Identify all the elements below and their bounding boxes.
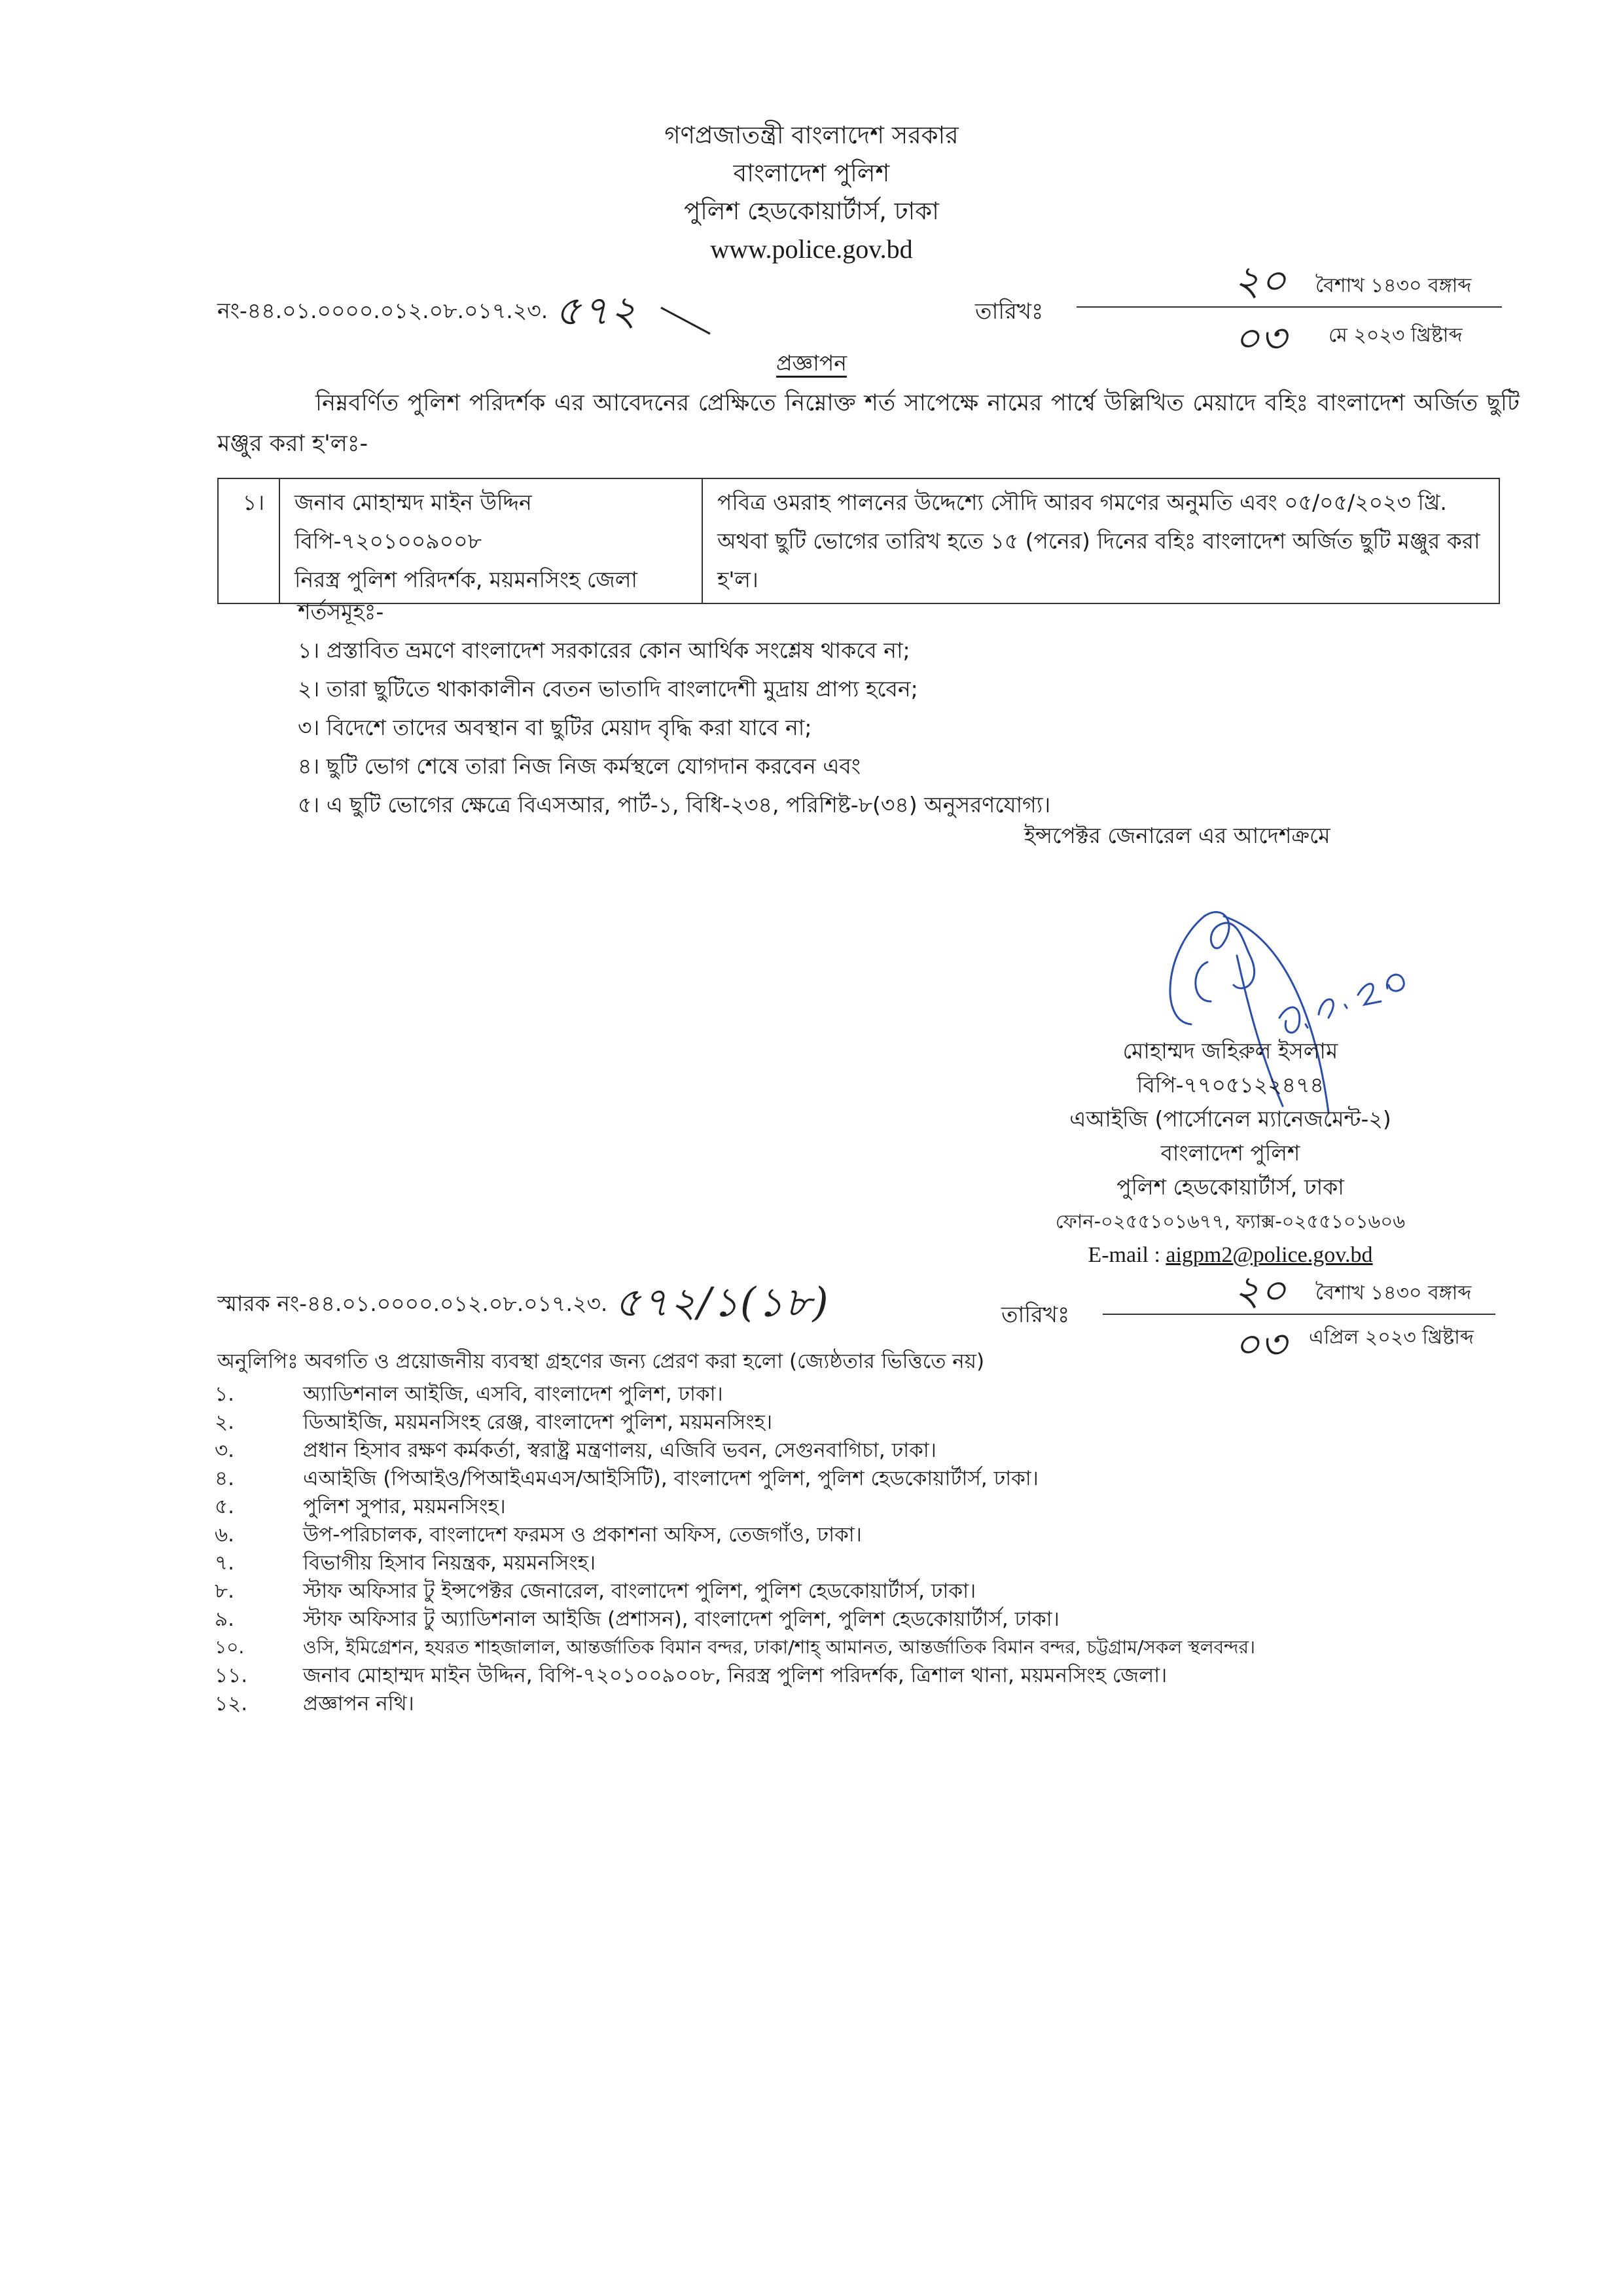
- row-officer: জনাব মোহাম্মদ মাইন উদ্দিন বিপি-৭২০১০০৯০০…: [279, 478, 702, 603]
- memo2-number-label: স্মারক নং-৪৪.০১.০০০০.০১২.০৮.০১৭.২৩.: [217, 1291, 607, 1316]
- order-line: ইন্সপেক্টর জেনারেল এর আদেশক্রমে: [1024, 823, 1330, 849]
- date-greg-rest: এপ্রিল ২০২৩ খ্রিষ্টাব্দ: [1309, 1321, 1474, 1355]
- list-item: ১.অ্যাডিশনাল আইজি, এসবি, বাংলাদেশ পুলিশ,…: [215, 1381, 723, 1407]
- memo2-date: তারিখঃ ২০ বৈশাখ ১৪৩০ বঙ্গাব্দ ০৩ এপ্রিল …: [975, 1266, 1531, 1365]
- list-item: ৯.স্টাফ অফিসার টু অ্যাডিশনাল আইজি (প্রশা…: [215, 1606, 1060, 1632]
- date-label: তারিখঃ: [975, 295, 1043, 332]
- date-bangla-rest: বৈশাখ ১৪৩০ বঙ্গাব্দ: [1315, 1277, 1471, 1310]
- list-item: ৮.স্টাফ অফিসার টু ইন্সপেক্টর জেনারেল, বা…: [215, 1578, 976, 1604]
- list-item: ৫.পুলিশ সুপার, ময়মনসিংহ।: [215, 1494, 506, 1520]
- officer-bp: বিপি-৭২০১০০৯০০৮: [294, 522, 687, 560]
- conditions-heading: শর্তসমূহঃ-: [298, 592, 1050, 631]
- date-divider: [1103, 1314, 1495, 1315]
- grant-table: ১। জনাব মোহাম্মদ মাইন উদ্দিন বিপি-৭২০১০০…: [217, 478, 1500, 604]
- list-item: ২.ডিআইজি, ময়মনসিংহ রেঞ্জ, বাংলাদেশ পুলি…: [215, 1409, 772, 1435]
- date-bangla-rest: বৈশাখ ১৪৩০ বঙ্গাব্দ: [1315, 270, 1471, 303]
- signatory-contact: ফোন-০২৫৫১০১৬৭৭, ফ্যাক্স-০২৫৫১০১৬০৬: [1021, 1204, 1440, 1238]
- memo2-number: স্মারক নং-৪৪.০১.০০০০.০১২.০৮.০১৭.২৩. ৫৭২/…: [217, 1284, 830, 1317]
- list-item: ৬.উপ-পরিচালক, বাংলাদেশ ফরমস ও প্রকাশনা অ…: [215, 1522, 862, 1548]
- signatory-block: মোহাম্মদ জহিরুল ইসলাম বিপি-৭৭০৫১২২৪৭৪ এআ…: [1021, 1034, 1440, 1272]
- letterhead: গণপ্রজাতন্ত্রী বাংলাদেশ সরকার বাংলাদেশ প…: [0, 117, 1623, 268]
- memo-date: তারিখঃ ২০ বৈশাখ ১৪৩০ বঙ্গাব্দ ০৩ মে ২০২৩…: [975, 255, 1531, 353]
- date-divider: [1077, 306, 1502, 308]
- table-row: ১। জনাব মোহাম্মদ মাইন উদ্দিন বিপি-৭২০১০০…: [218, 478, 1499, 603]
- signatory-org: বাংলাদেশ পুলিশ: [1021, 1136, 1440, 1170]
- date-greg-day: ০৩: [1234, 1314, 1287, 1381]
- condition-item: ৫। এ ছুটি ভোগের ক্ষেত্রে বিএসআর, পার্ট-১…: [298, 785, 1050, 824]
- list-item: ৭.বিভাগীয় হিসাব নিয়ন্ত্রক, ময়মনসিংহ।: [215, 1550, 596, 1576]
- memo-stroke-mark: [569, 288, 713, 340]
- govt-name: গণপ্রজাতন্ত্রী বাংলাদেশ সরকার: [0, 117, 1623, 154]
- signatory-office: পুলিশ হেডকোয়ার্টার্স, ঢাকা: [1021, 1170, 1440, 1204]
- signatory-name: মোহাম্মদ জহিরুল ইসলাম: [1021, 1034, 1440, 1068]
- list-item: ১০.ওসি, ইমিগ্রেশন, হযরত শাহজালাল, আন্তর্…: [215, 1634, 1255, 1660]
- notice-title: প্রজ্ঞাপন: [0, 350, 1623, 376]
- signatory-designation: এআইজি (পার্সোনেল ম্যানেজমেন্ট-২): [1021, 1102, 1440, 1136]
- signatory-bp: বিপি-৭৭০৫১২২৪৭৪: [1021, 1068, 1440, 1102]
- email-label: E-mail :: [1088, 1243, 1166, 1267]
- list-item: ৪.এআইজি (পিআইও/পিআইএমএস/আইসিটি), বাংলাদে…: [215, 1465, 1039, 1492]
- conditions: শর্তসমূহঃ- ১। প্রস্তাবিত ভ্রমণে বাংলাদেশ…: [298, 592, 1050, 824]
- date-greg-rest: মে ২০২৩ খ্রিষ্টাব্দ: [1329, 319, 1463, 353]
- list-item: ১২.প্রজ্ঞাপন নথি।: [215, 1691, 414, 1717]
- condition-item: ৩। বিদেশে তাদের অবস্থান বা ছুটির মেয়াদ …: [298, 708, 1050, 747]
- org-name: বাংলাদেশ পুলিশ: [0, 154, 1623, 192]
- memo2-number-handwritten: ৫৭২/১(১৮): [615, 1278, 830, 1326]
- condition-item: ২। তারা ছুটিতে থাকাকালীন বেতন ভাতাদি বাং…: [298, 670, 1050, 708]
- officer-name: জনাব মোহাম্মদ মাইন উদ্দিন: [294, 483, 687, 522]
- memo-number-label: নং-৪৪.০১.০০০০.০১২.০৮.০১৭.২৩.: [217, 298, 548, 323]
- notice-intro: নিম্নবর্ণিত পুলিশ পরিদর্শক এর আবেদনের প্…: [217, 383, 1520, 464]
- date-label: তারিখঃ: [1001, 1298, 1069, 1335]
- copies-intro: অনুলিপিঃ অবগতি ও প্রয়োজনীয় ব্যবস্থা গ্…: [217, 1348, 984, 1374]
- condition-item: ১। প্রস্তাবিত ভ্রমণে বাংলাদেশ সরকারের কো…: [298, 631, 1050, 670]
- row-details: পবিত্র ওমরাহ পালনের উদ্দেশ্যে সৌদি আরব গ…: [702, 478, 1499, 603]
- row-serial: ১।: [218, 478, 279, 603]
- list-item: ১১.জনাব মোহাম্মদ মাইন উদ্দিন, বিপি-৭২০১০…: [215, 1662, 1167, 1689]
- condition-item: ৪। ছুটি ভোগ শেষে তারা নিজ নিজ কর্মস্থলে …: [298, 747, 1050, 785]
- list-item: ৩.প্রধান হিসাব রক্ষণ কর্মকর্তা, স্বরাষ্ট…: [215, 1437, 936, 1463]
- office-name: পুলিশ হেডকোয়ার্টার্স, ঢাকা: [0, 192, 1623, 230]
